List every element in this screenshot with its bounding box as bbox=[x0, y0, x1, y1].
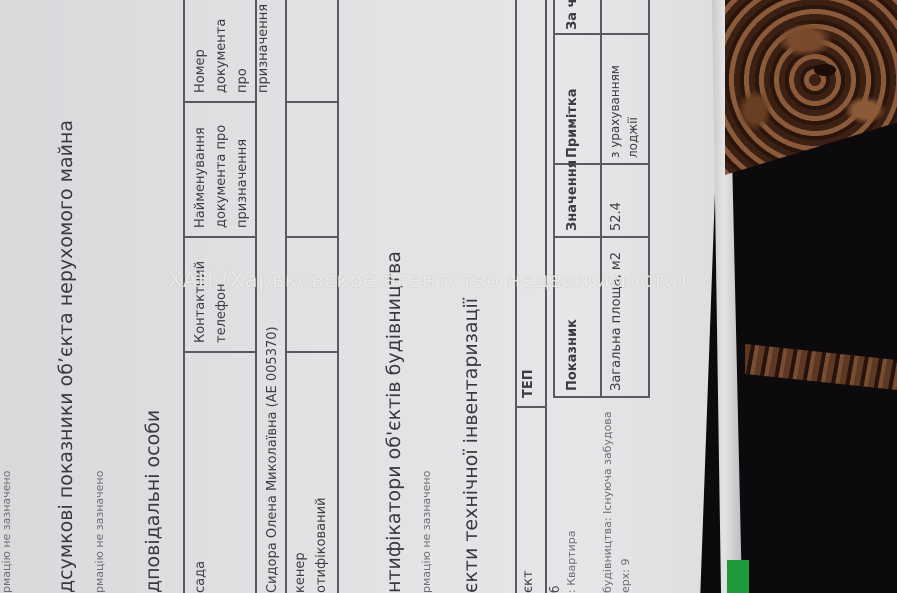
object-line-1: б bbox=[548, 586, 562, 593]
header-position: сада bbox=[190, 561, 211, 593]
tep-header-value: Значення bbox=[562, 160, 583, 231]
inventory-header-object: єкт bbox=[518, 570, 539, 593]
green-folder-tab bbox=[727, 560, 749, 593]
section-title-inventory: єкти технічної інвентаризації bbox=[460, 298, 482, 593]
note-identifiers-not-specified: рмацію не зазначено bbox=[420, 471, 433, 593]
tep-header-indicator: Показник bbox=[562, 319, 583, 391]
section-title-responsible: дповідальні особи bbox=[142, 410, 164, 593]
tep-note: з урахуванням лоджії bbox=[606, 38, 642, 158]
inventory-header-tep: ТЕП bbox=[518, 369, 539, 398]
responsible-role: кенер отифікований bbox=[290, 483, 332, 593]
section-title-summary: дсумкові показники об’єкта нерухомого ма… bbox=[55, 120, 77, 593]
tep-value: 52.4 bbox=[606, 202, 627, 231]
responsible-person-name: Сидора Олена Миколаївна (АЕ 005370) bbox=[262, 326, 283, 593]
section-title-identifiers: нтифікатори об'єктів будівництва bbox=[383, 251, 405, 593]
note-summary-not-specified: рмацію не зазначено bbox=[93, 471, 106, 593]
note-not-specified: рмацію не зазначено bbox=[0, 471, 13, 593]
carpet-stripe bbox=[745, 344, 897, 390]
watermark-text: ХАН (Харьковское агентство недвижимости) bbox=[168, 268, 688, 292]
carpet-background bbox=[725, 0, 897, 175]
rotated-document: рмацію не зазначено дсумкові показники о… bbox=[0, 0, 722, 593]
header-doc-number: Номер документа про призначення bbox=[190, 0, 274, 93]
tep-header-note: Примітка bbox=[562, 88, 583, 158]
object-construction: будівництва: Існуюча забудова bbox=[601, 411, 614, 593]
object-floor: ерх: 9 bbox=[619, 559, 632, 593]
tep-header-extra: За ч... п.к. bbox=[562, 0, 583, 30]
header-phone: Контактний телефон bbox=[190, 243, 232, 343]
header-doc-name: Найменування документа про призначення bbox=[190, 108, 253, 228]
object-type: : Квартира bbox=[565, 531, 578, 593]
